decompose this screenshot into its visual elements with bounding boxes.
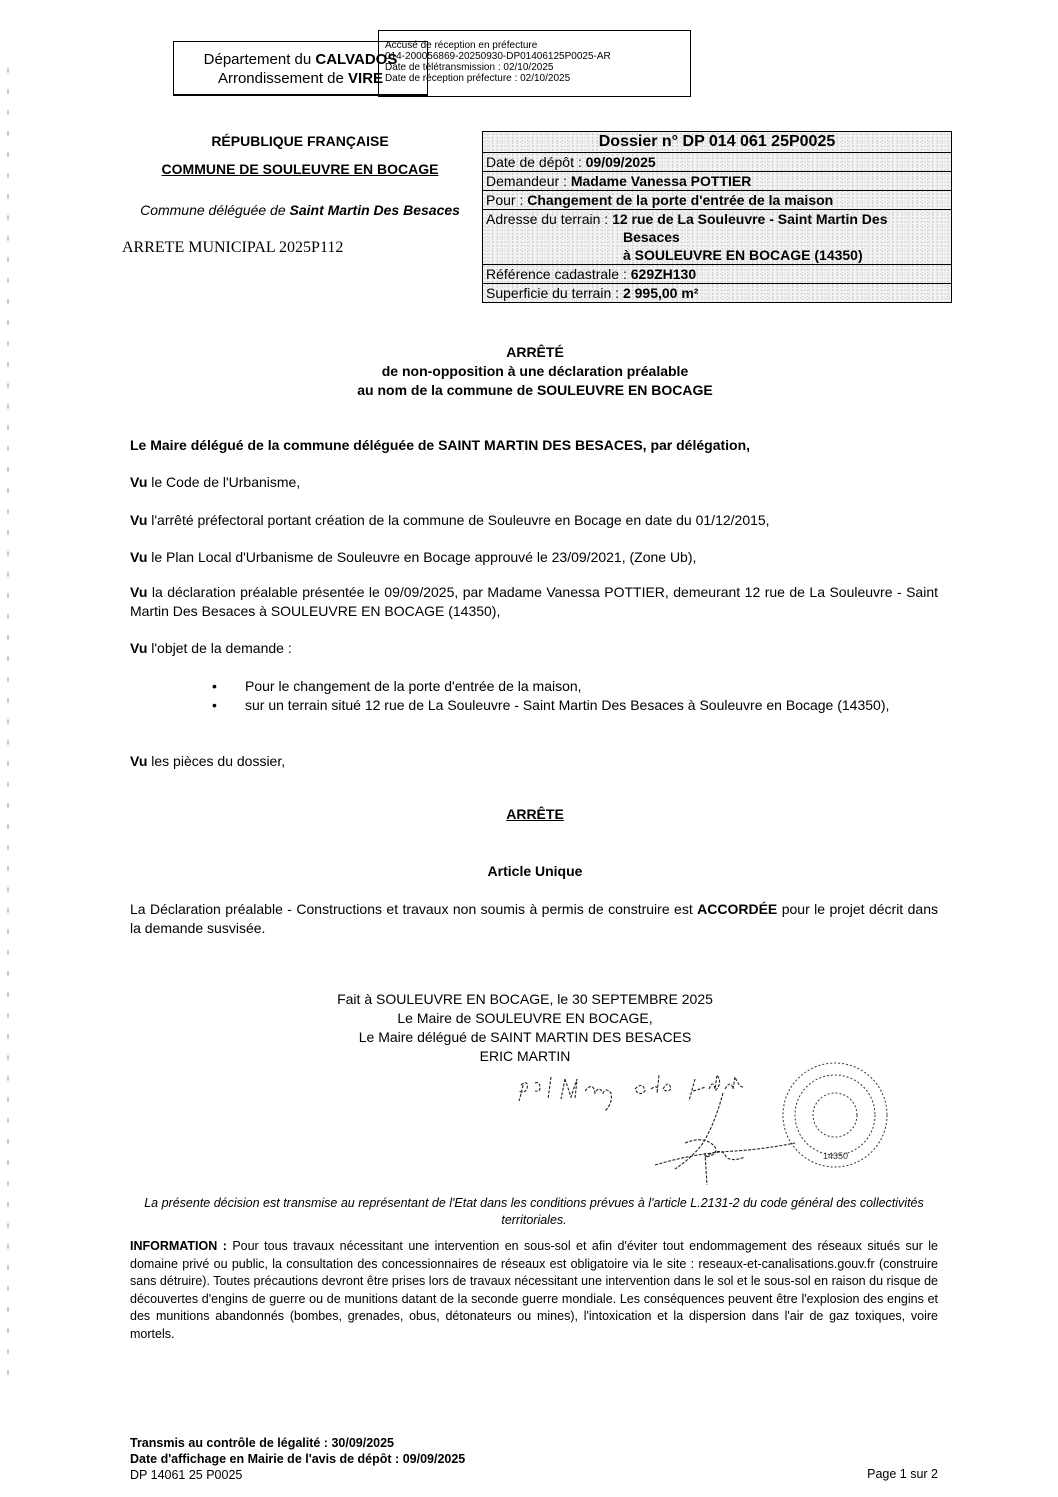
vu-clause: Vu le Plan Local d'Urbanisme de Souleuvr… (130, 548, 938, 567)
stamp-line: Date de réception préfecture : 02/10/202… (385, 73, 690, 84)
stamp-line: Date de télétransmission : 02/10/2025 (385, 62, 690, 73)
footer: Transmis au contrôle de légalité : 30/09… (130, 1435, 465, 1483)
list-item: •Pour le changement de la porte d'entrée… (212, 677, 938, 696)
stamp-line: Accusé de réception en préfecture (385, 40, 690, 51)
commune-deleguee: Commune déléguée de Saint Martin Des Bes… (140, 201, 460, 220)
maire-preamble: Le Maire délégué de la commune déléguée … (130, 436, 938, 455)
svg-text:14350: 14350 (823, 1151, 848, 1161)
dossier-info-box: Dossier n° DP 014 061 25P0025 Date de dé… (482, 131, 952, 303)
dossier-date-depot: Date de dépôt : 09/09/2025 (483, 153, 951, 172)
footer-transmis: Transmis au contrôle de légalité : 30/09… (130, 1435, 465, 1451)
dossier-superficie: Superficie du terrain : 2 995,00 m² (483, 284, 951, 302)
prefecture-receipt-stamp: Accusé de réception en préfecture 014-20… (378, 30, 691, 97)
arrete-municipal-number: ARRETE MUNICIPAL 2025P112 (122, 239, 343, 257)
document-title: ARRÊTÉ de non-opposition à une déclarati… (130, 343, 940, 400)
bullet-icon: • (212, 677, 217, 696)
decision-status: ACCORDÉE (697, 901, 777, 917)
stamp-line: 014-200056869-20250930-DP01406125P0025-A… (385, 51, 690, 62)
legal-notice: La présente décision est transmise au re… (130, 1195, 938, 1229)
dossier-demandeur: Demandeur : Madame Vanessa POTTIER (483, 172, 951, 191)
scan-artifacts (5, 60, 11, 1380)
dossier-adresse: Adresse du terrain : 12 rue de La Souleu… (483, 210, 951, 265)
handwritten-signature-and-seal: 14350 (505, 1055, 895, 1185)
vu-clause: Vu les pièces du dossier, (130, 752, 938, 771)
demande-list: •Pour le changement de la porte d'entrée… (212, 677, 938, 715)
vu-clause: Vu l'objet de la demande : (130, 639, 938, 658)
footer-affichage: Date d'affichage en Mairie de l'avis de … (130, 1451, 465, 1467)
bullet-icon: • (212, 696, 217, 715)
decision-text: La Déclaration préalable - Constructions… (130, 900, 938, 938)
arrete-heading: ARRÊTE (130, 806, 940, 822)
footer-reference: DP 14061 25 P0025 (130, 1467, 465, 1483)
article-heading: Article Unique (130, 863, 940, 879)
vu-clause: Vu le Code de l'Urbanisme, (130, 473, 938, 492)
dossier-reference-cadastrale: Référence cadastrale : 629ZH130 (483, 265, 951, 284)
vu-clause: Vu l'arrêté préfectoral portant création… (130, 511, 938, 530)
page-number: Page 1 sur 2 (867, 1467, 938, 1481)
information-block: INFORMATION : Pour tous travaux nécessit… (130, 1238, 938, 1344)
list-item: •sur un terrain situé 12 rue de La Soule… (212, 696, 938, 715)
republic-heading: RÉPUBLIQUE FRANÇAISE (140, 133, 460, 149)
commune-heading: COMMUNE DE SOULEUVRE EN BOCAGE (140, 161, 460, 177)
dossier-number: Dossier n° DP 014 061 25P0025 (483, 132, 951, 153)
dossier-pour: Pour : Changement de la porte d'entrée d… (483, 191, 951, 210)
vu-clause: Vu la déclaration préalable présentée le… (130, 583, 938, 621)
